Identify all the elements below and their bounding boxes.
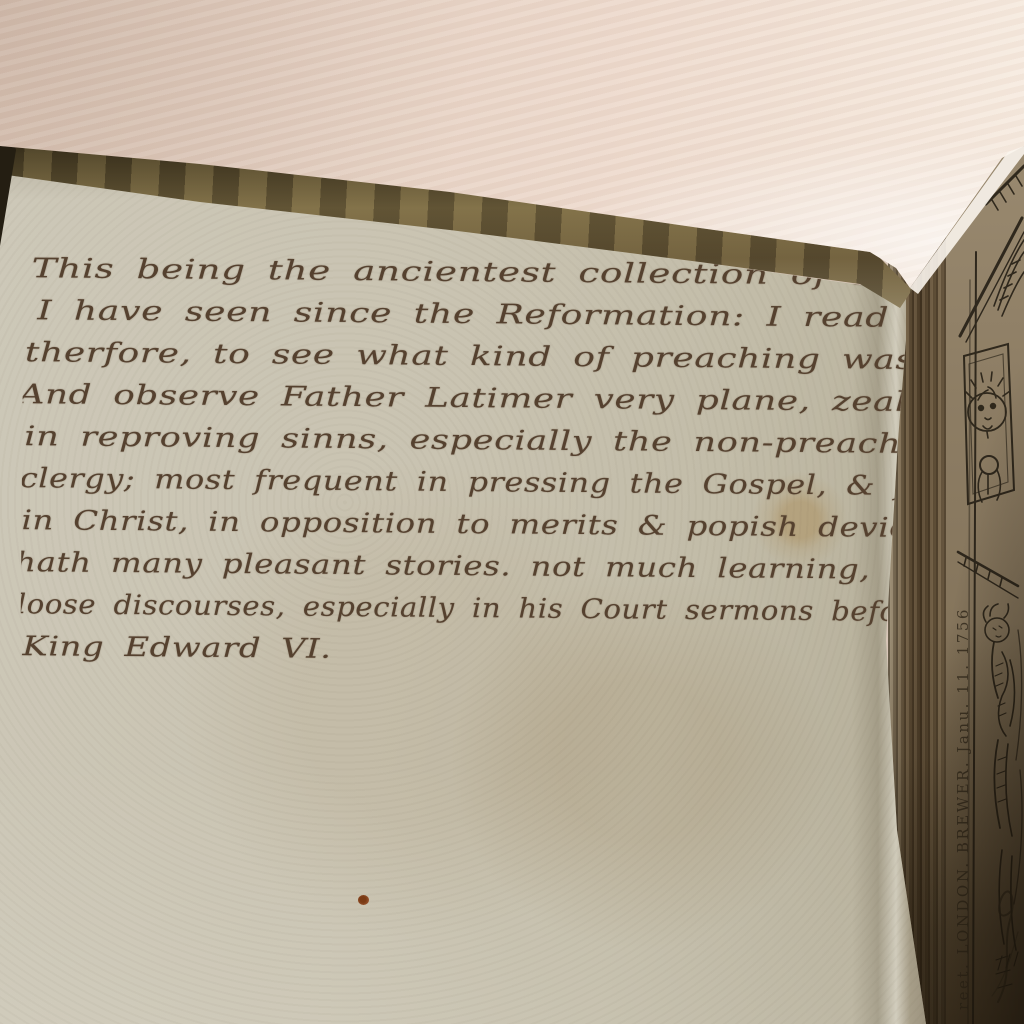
signature-flourish	[992, 892, 1018, 1002]
woodcut-figure	[983, 604, 1022, 988]
handwriting-line: King Edward VI.	[22, 626, 906, 678]
ownership-inscription: reet. LONDON. BREWER. Janu. 11. 1756	[954, 450, 976, 1010]
book-photo: reet. LONDON. BREWER. Janu. 11. 1756 Thi…	[0, 0, 1024, 1024]
handwritten-note: This being the ancientest collection of …	[20, 248, 906, 692]
woodcut-wing	[994, 240, 1024, 316]
ink-spot	[358, 895, 369, 905]
